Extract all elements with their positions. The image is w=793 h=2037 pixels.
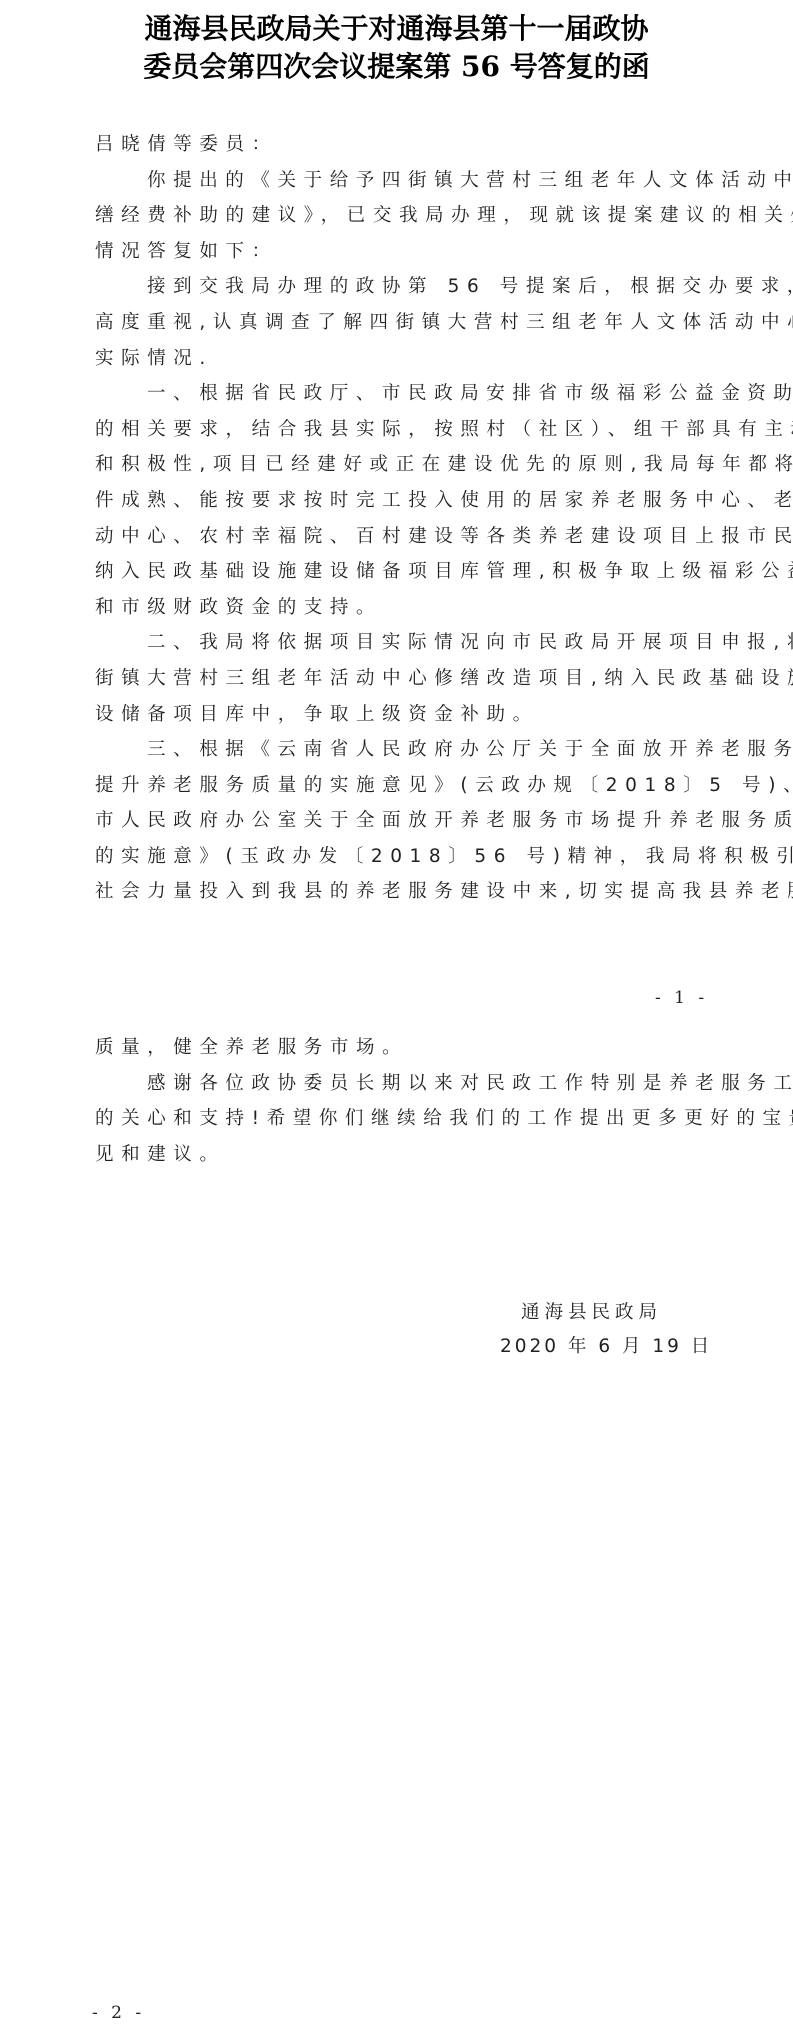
body-line: 的实施意》(玉政办发〔2018〕56 号)精神，我局将积极引导各界 — [95, 839, 705, 875]
body-line: 三、根据《云南省人民政府办公厅关于全面放开养老服务市场 — [95, 732, 705, 768]
body-line: 你提出的《关于给予四街镇大营村三组老年人文体活动中心修 — [95, 163, 705, 199]
body-line: 见和建议。 — [95, 1137, 705, 1173]
body-line: 纳入民政基础设施建设储备项目库管理,积极争取上级福彩公益金 — [95, 554, 705, 590]
page-1-body: 吕晓倩等委员： 你提出的《关于给予四街镇大营村三组老年人文体活动中心修 缮经费补… — [95, 127, 705, 910]
body-line: 缮经费补助的建议》，已交我局办理，现就该提案建议的相关处理 — [95, 198, 705, 234]
salutation: 吕晓倩等委员： — [95, 127, 705, 163]
body-line: 感谢各位政协委员长期以来对民政工作特别是养老服务工作 — [95, 1066, 705, 1102]
title-line-2: 委员会第四次会议提案第 56 号答复的函 — [0, 48, 793, 86]
body-line: 情况答复如下： — [95, 234, 705, 270]
page-number-2: - 2 - — [92, 2003, 145, 2023]
body-line: 实际情况. — [95, 341, 705, 377]
body-line: 社会力量投入到我县的养老服务建设中来,切实提高我县养老服务 — [95, 874, 705, 910]
body-line: 市人民政府办公室关于全面放开养老服务市场提升养老服务质量 — [95, 803, 705, 839]
document-title: 通海县民政局关于对通海县第十一届政协 委员会第四次会议提案第 56 号答复的函 — [0, 10, 793, 86]
body-line: 接到交我局办理的政协第 56 号提案后，根据交办要求，我局 — [95, 269, 705, 305]
page-number-1: - 1 - — [655, 988, 708, 1008]
body-line: 质量，健全养老服务市场。 — [95, 1030, 705, 1066]
body-line: 的关心和支持!希望你们继续给我们的工作提出更多更好的宝贵意 — [95, 1101, 705, 1137]
body-line: 和市级财政资金的支持。 — [95, 590, 705, 626]
signature-organization: 通海县民政局 — [521, 1298, 662, 1324]
body-line: 二、我局将依据项目实际情况向市民政局开展项目申报,将四 — [95, 625, 705, 661]
body-line: 街镇大营村三组老年活动中心修缮改造项目,纳入民政基础设施建 — [95, 661, 705, 697]
body-line: 高度重视,认真调查了解四街镇大营村三组老年人文体活动中心的 — [95, 305, 705, 341]
body-line: 动中心、农村幸福院、百村建设等各类养老建设项目上报市民政局, — [95, 519, 705, 555]
body-line: 一、根据省民政厅、市民政局安排省市级福彩公益金资助项目 — [95, 376, 705, 412]
body-line: 的相关要求，结合我县实际，按照村（社区）、组干部具有主动性 — [95, 412, 705, 448]
body-line: 件成熟、能按要求按时完工投入使用的居家养老服务中心、老年活 — [95, 483, 705, 519]
body-line: 和积极性,项目已经建好或正在建设优先的原则,我局每年都将条 — [95, 447, 705, 483]
title-line-1: 通海县民政局关于对通海县第十一届政协 — [0, 10, 793, 48]
signature-date: 2020 年 6 月 19 日 — [500, 1332, 712, 1358]
body-line: 设储备项目库中，争取上级资金补助。 — [95, 697, 705, 733]
body-line: 提升养老服务质量的实施意见》(云政办规〔2018〕5 号)、《玉溪 — [95, 768, 705, 804]
page-2-body: 质量，健全养老服务市场。 感谢各位政协委员长期以来对民政工作特别是养老服务工作 … — [95, 1030, 705, 1172]
